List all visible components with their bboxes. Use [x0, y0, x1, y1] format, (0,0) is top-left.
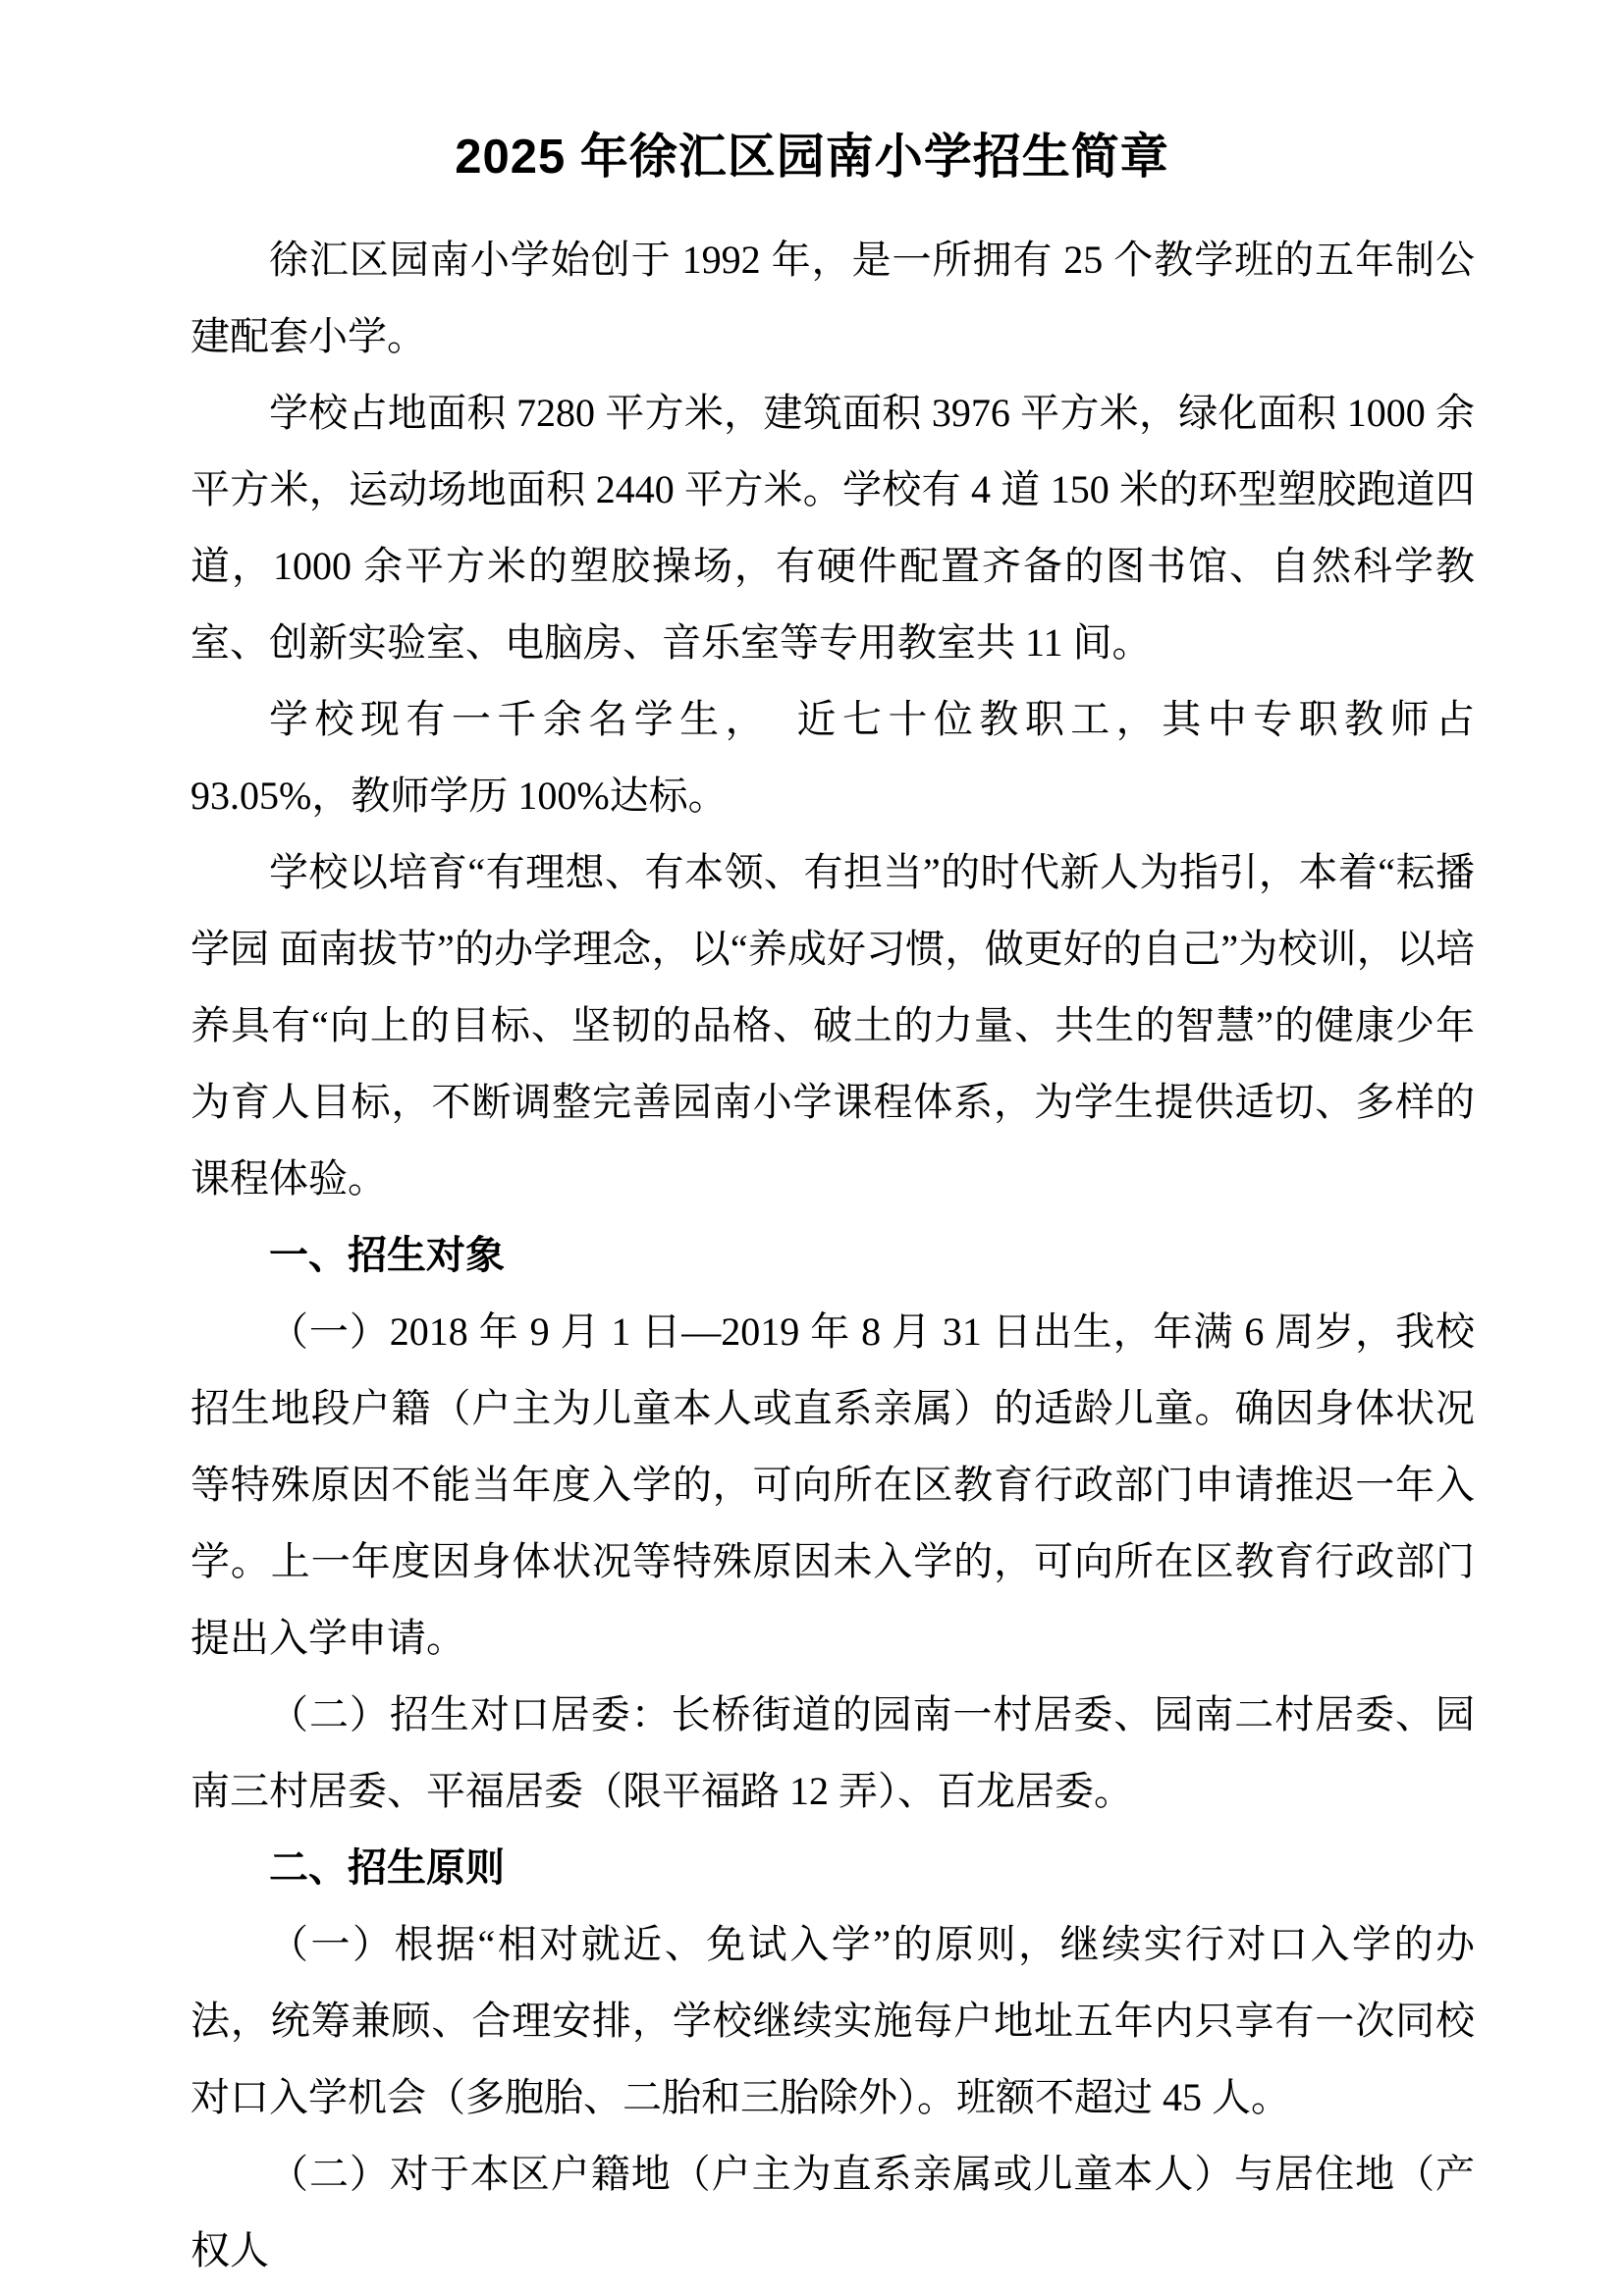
document-body: 徐汇区园南小学始创于 1992 年，是一所拥有 25 个教学班的五年制公建配套小…	[190, 222, 1475, 2289]
document-page: 2025 年徐汇区园南小学招生简章 徐汇区园南小学始创于 1992 年，是一所拥…	[0, 0, 1624, 2296]
paragraph-campus-facilities: 学校占地面积 7280 平方米，建筑面积 3976 平方米，绿化面积 1000 …	[190, 375, 1475, 681]
paragraph-staff-stats: 学校现有一千余名学生， 近七十位教职工，其中专职教师占 93.05%，教师学历 …	[190, 681, 1475, 834]
paragraph-principle-one: （一）根据“相对就近、免试入学”的原则，继续实行对口入学的办法，统筹兼顾、合理安…	[190, 1906, 1475, 2136]
paragraph-education-philosophy: 学校以培育“有理想、有本领、有担当”的时代新人为指引，本着“耘播学园 面南拔节”…	[190, 834, 1475, 1217]
document-title: 2025 年徐汇区园南小学招生简章	[0, 128, 1624, 187]
paragraph-principle-two: （二）对于本区户籍地（户主为直系亲属或儿童本人）与居住地（产权人	[190, 2136, 1475, 2289]
section-heading-enrollment-principles: 二、招生原则	[190, 1830, 1475, 1906]
paragraph-neighborhood-committees: （二）招生对口居委：长桥街道的园南一村居委、园南二村居委、园南三村居委、平福居委…	[190, 1677, 1475, 1830]
paragraph-school-intro: 徐汇区园南小学始创于 1992 年，是一所拥有 25 个教学班的五年制公建配套小…	[190, 222, 1475, 375]
section-heading-enrollment-targets: 一、招生对象	[190, 1217, 1475, 1294]
paragraph-eligibility: （一）2018 年 9 月 1 日—2019 年 8 月 31 日出生，年满 6…	[190, 1294, 1475, 1677]
